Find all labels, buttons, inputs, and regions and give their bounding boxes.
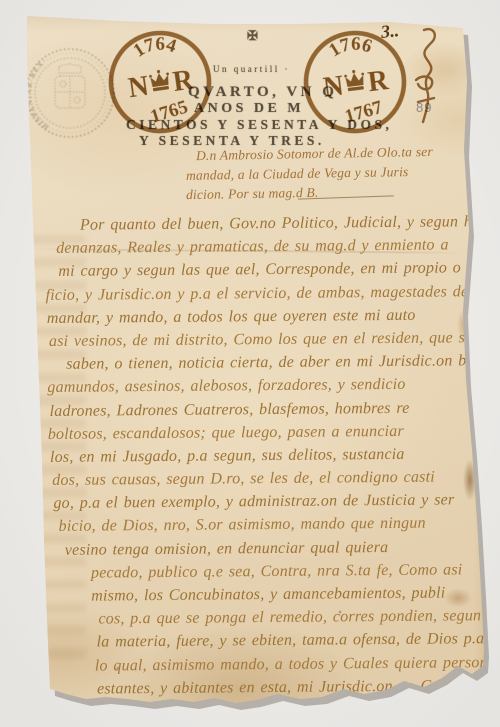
inscription-line-2: mandad, a la Ciudad de Vega y su Juris xyxy=(186,164,409,184)
inscription-line-1: D.n Ambrosio Sotomor de Al.de Olo.ta ser xyxy=(196,144,433,164)
manuscript-sheet: HISPANIAR·REX· ✠ Un quartill · QVARTO, V… xyxy=(0,0,500,727)
crown-icon xyxy=(148,69,171,92)
stamp-1766-1767: 1766 N R 1767 xyxy=(293,20,418,145)
body-line: lo qual, asimismo mando, a todos y Cuale… xyxy=(95,651,500,678)
body-line: cos, p.a que se ponga el remedio, corres… xyxy=(98,604,500,631)
stamp-letter-n: N xyxy=(322,71,346,104)
cross-mark: ✠ xyxy=(247,28,258,44)
stamp-letter-r: R xyxy=(366,65,391,98)
stamp-letter-r: R xyxy=(171,64,196,98)
printed-tax-line: Un quartill · xyxy=(213,64,290,74)
body-line: la materia, fuere, y se ebiten, tama.a o… xyxy=(97,627,500,654)
manuscript-body: Por quanto del buen, Gov.no Politico, Ju… xyxy=(42,210,500,701)
photo-background: { "photo": { "background_color": "#ebe9e… xyxy=(0,0,500,727)
stamp-letter-n: N xyxy=(126,71,150,105)
seal-crown xyxy=(59,63,81,73)
crown-icon xyxy=(344,69,366,92)
stamp-1764-1765: 1764 N R 1765 xyxy=(97,19,223,145)
